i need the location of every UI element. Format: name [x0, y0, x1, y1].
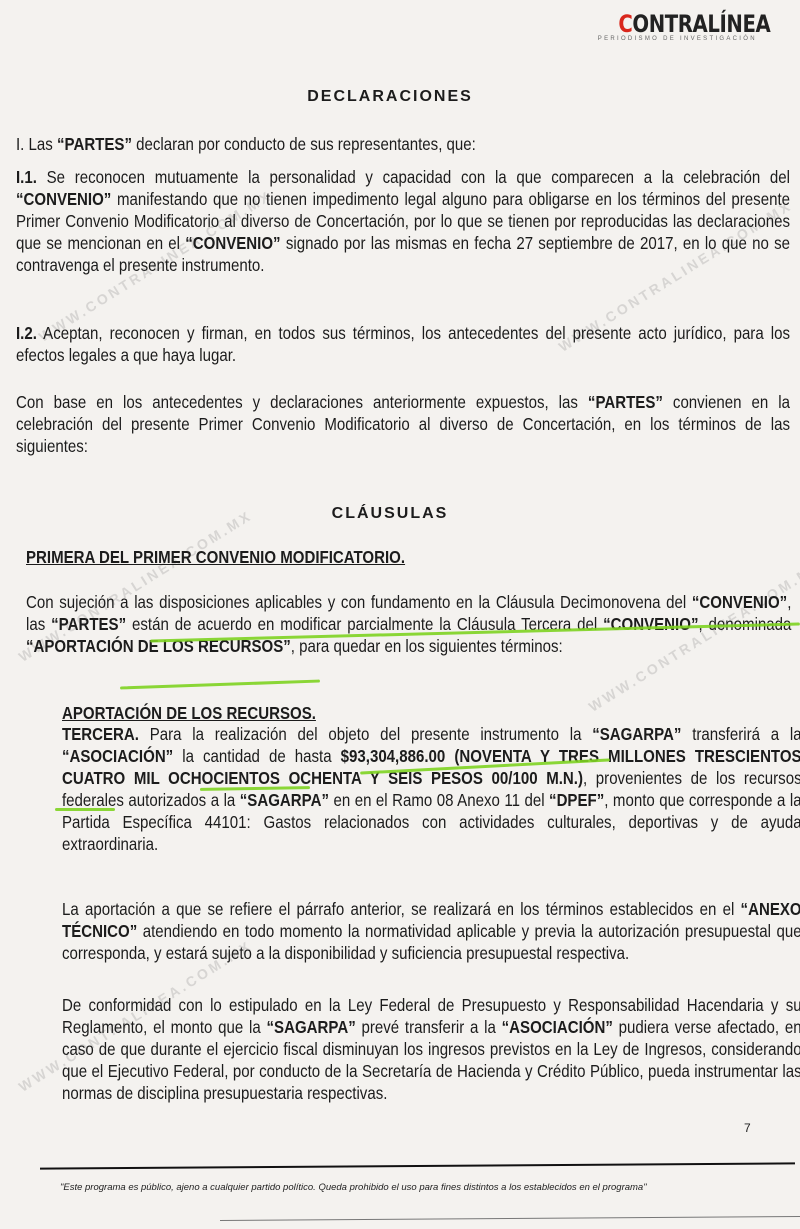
declaraciones-title: DECLARACIONES — [0, 88, 780, 106]
aportacion-paragraph: La aportación a que se refiere el párraf… — [62, 898, 800, 964]
con-base-paragraph: Con base en los antecedentes y declaraci… — [16, 391, 790, 457]
logo-brand: CONTRALÍNEA — [618, 10, 770, 38]
document-page: CONTRALÍNEA PERIODISMO DE INVESTIGACIÓN … — [0, 0, 800, 1229]
bottom-rule — [220, 1216, 800, 1221]
conformidad-paragraph: De conformidad con lo estipulado en la L… — [62, 994, 800, 1104]
clausulas-title: CLÁUSULAS — [0, 505, 780, 523]
contralinea-logo: CONTRALÍNEA PERIODISMO DE INVESTIGACIÓN — [585, 10, 770, 42]
tercera-paragraph: TERCERA. Para la realización del objeto … — [62, 723, 800, 855]
aportacion-title: APORTACIÓN DE LOS RECURSOS. — [62, 702, 800, 724]
declaracion-i1: I.1. Se reconocen mutuamente la personal… — [16, 166, 790, 276]
page-number: 7 — [744, 1121, 751, 1135]
primera-title: PRIMERA DEL PRIMER CONVENIO MODIFICATORI… — [26, 546, 800, 568]
footer-note: "Este programa es público, ajeno a cualq… — [60, 1182, 647, 1193]
declaraciones-intro: I. Las “PARTES” declaran por conducto de… — [16, 133, 764, 155]
primera-paragraph: Con sujeción a las disposiciones aplicab… — [26, 591, 791, 657]
highlighter-mark — [55, 808, 115, 811]
footer-rule — [40, 1162, 795, 1169]
declaracion-i2: I.2. Aceptan, reconocen y firman, en tod… — [16, 322, 790, 366]
highlighter-mark — [120, 680, 320, 690]
